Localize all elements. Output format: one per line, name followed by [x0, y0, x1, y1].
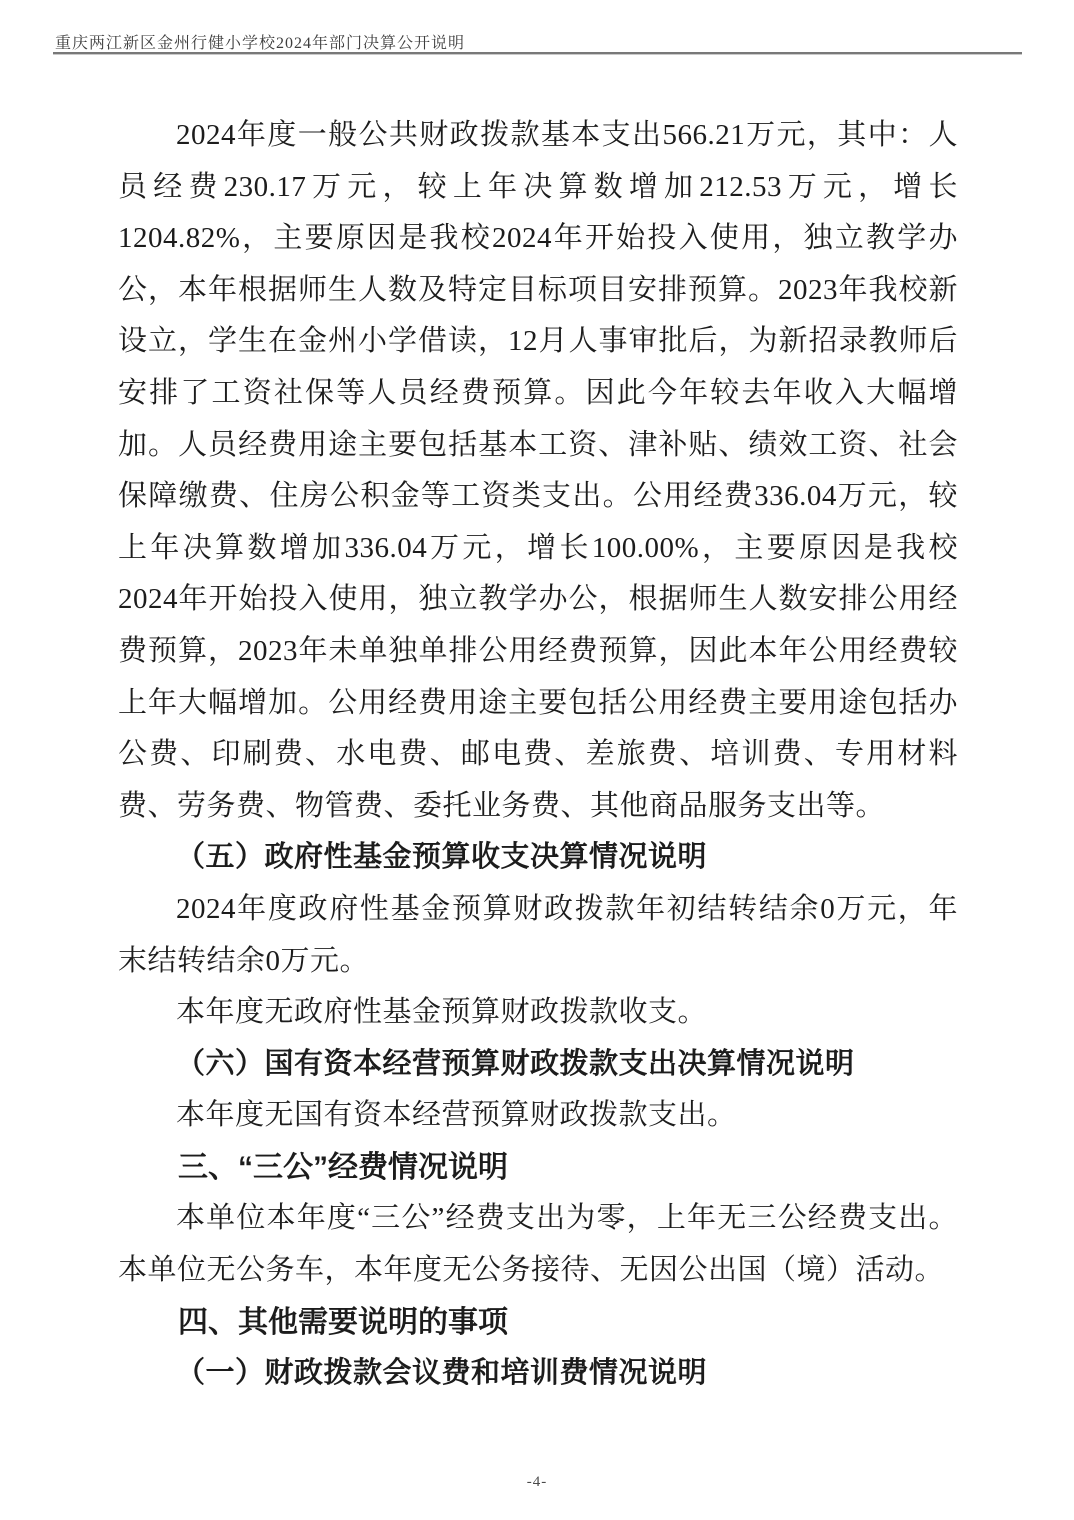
paragraph-state-capital-none: 本年度无国有资本经营预算财政拨款支出。 [118, 1090, 958, 1142]
heading-other-matters: 四、其他需要说明的事项 [118, 1297, 958, 1349]
heading-meeting-training-fees: （一）财政拨款会议费和培训费情况说明 [118, 1348, 958, 1400]
heading-three-public-funds: 三、“三公”经费情况说明 [118, 1142, 958, 1194]
paragraph-gov-fund-balance: 2024年度政府性基金预算财政拨款年初结转结余0万元，年末结转结余0万元。 [118, 884, 958, 987]
heading-section-6-state-capital: （六）国有资本经营预算财政拨款支出决算情况说明 [118, 1039, 958, 1091]
heading-section-5-gov-fund: （五）政府性基金预算收支决算情况说明 [118, 832, 958, 884]
document-body: 2024年度一般公共财政拨款基本支出566.21万元，其中：人员经费230.17… [118, 110, 958, 1400]
document-page: 重庆两江新区金州行健小学校2024年部门决算公开说明 2024年度一般公共财政拨… [0, 0, 1074, 1520]
header-rule [53, 52, 1022, 55]
page-number: -4- [0, 1474, 1074, 1491]
running-header-title: 重庆两江新区金州行健小学校2024年部门决算公开说明 [55, 30, 465, 53]
paragraph-gov-fund-none: 本年度无政府性基金预算财政拨款收支。 [118, 987, 958, 1039]
paragraph-three-public-funds: 本单位本年度“三公”经费支出为零，上年无三公经费支出。本单位无公务车，本年度无公… [118, 1193, 958, 1296]
paragraph-basic-expenditure: 2024年度一般公共财政拨款基本支出566.21万元，其中：人员经费230.17… [118, 110, 958, 832]
